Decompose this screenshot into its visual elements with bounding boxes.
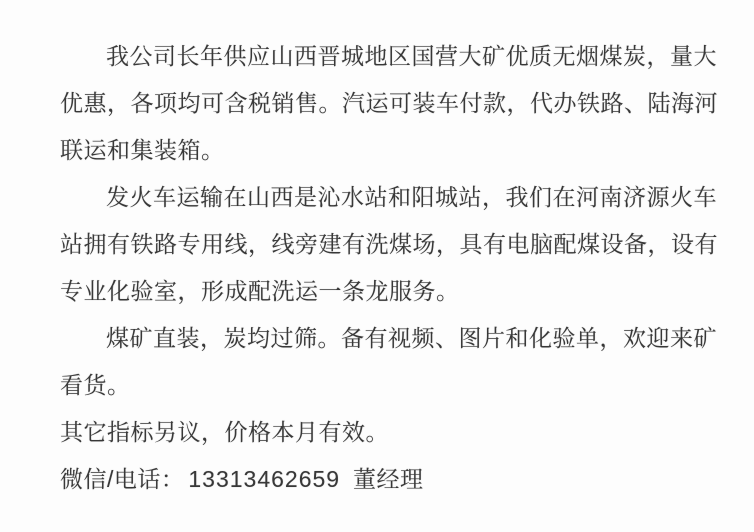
text-line: 我公司长年供应山西晋城地区国营大矿优质无烟煤炭，量大 — [60, 33, 710, 80]
document-page: 我公司长年供应山西晋城地区国营大矿优质无烟煤炭，量大 优惠，各项均可含税销售。汽… — [60, 33, 710, 503]
text-line: 专业化验室，形成配洗运一条龙服务。 — [60, 268, 710, 315]
text-line: 煤矿直装，炭均过筛。备有视频、图片和化验单，欢迎来矿 — [60, 315, 710, 362]
text-line: 看货。 — [60, 362, 710, 409]
text-line: 发火车运输在山西是沁水站和阳城站，我们在河南济源火车 — [60, 174, 710, 221]
wechat-phone-label: 微信/电话： — [60, 466, 184, 492]
text-line: 优惠，各项均可含税销售。汽运可装车付款，代办铁路、陆海河 — [60, 80, 710, 127]
contact-line: 微信/电话：13313462659 董经理 — [60, 456, 710, 503]
phone-number: 13313462659 — [188, 466, 340, 492]
contact-person: 董经理 — [353, 466, 424, 492]
text-line: 站拥有铁路专用线，线旁建有洗煤场，具有电脑配煤设备，设有 — [60, 221, 710, 268]
text-line: 其它指标另议，价格本月有效。 — [60, 409, 710, 456]
text-line: 联运和集装箱。 — [60, 127, 710, 174]
